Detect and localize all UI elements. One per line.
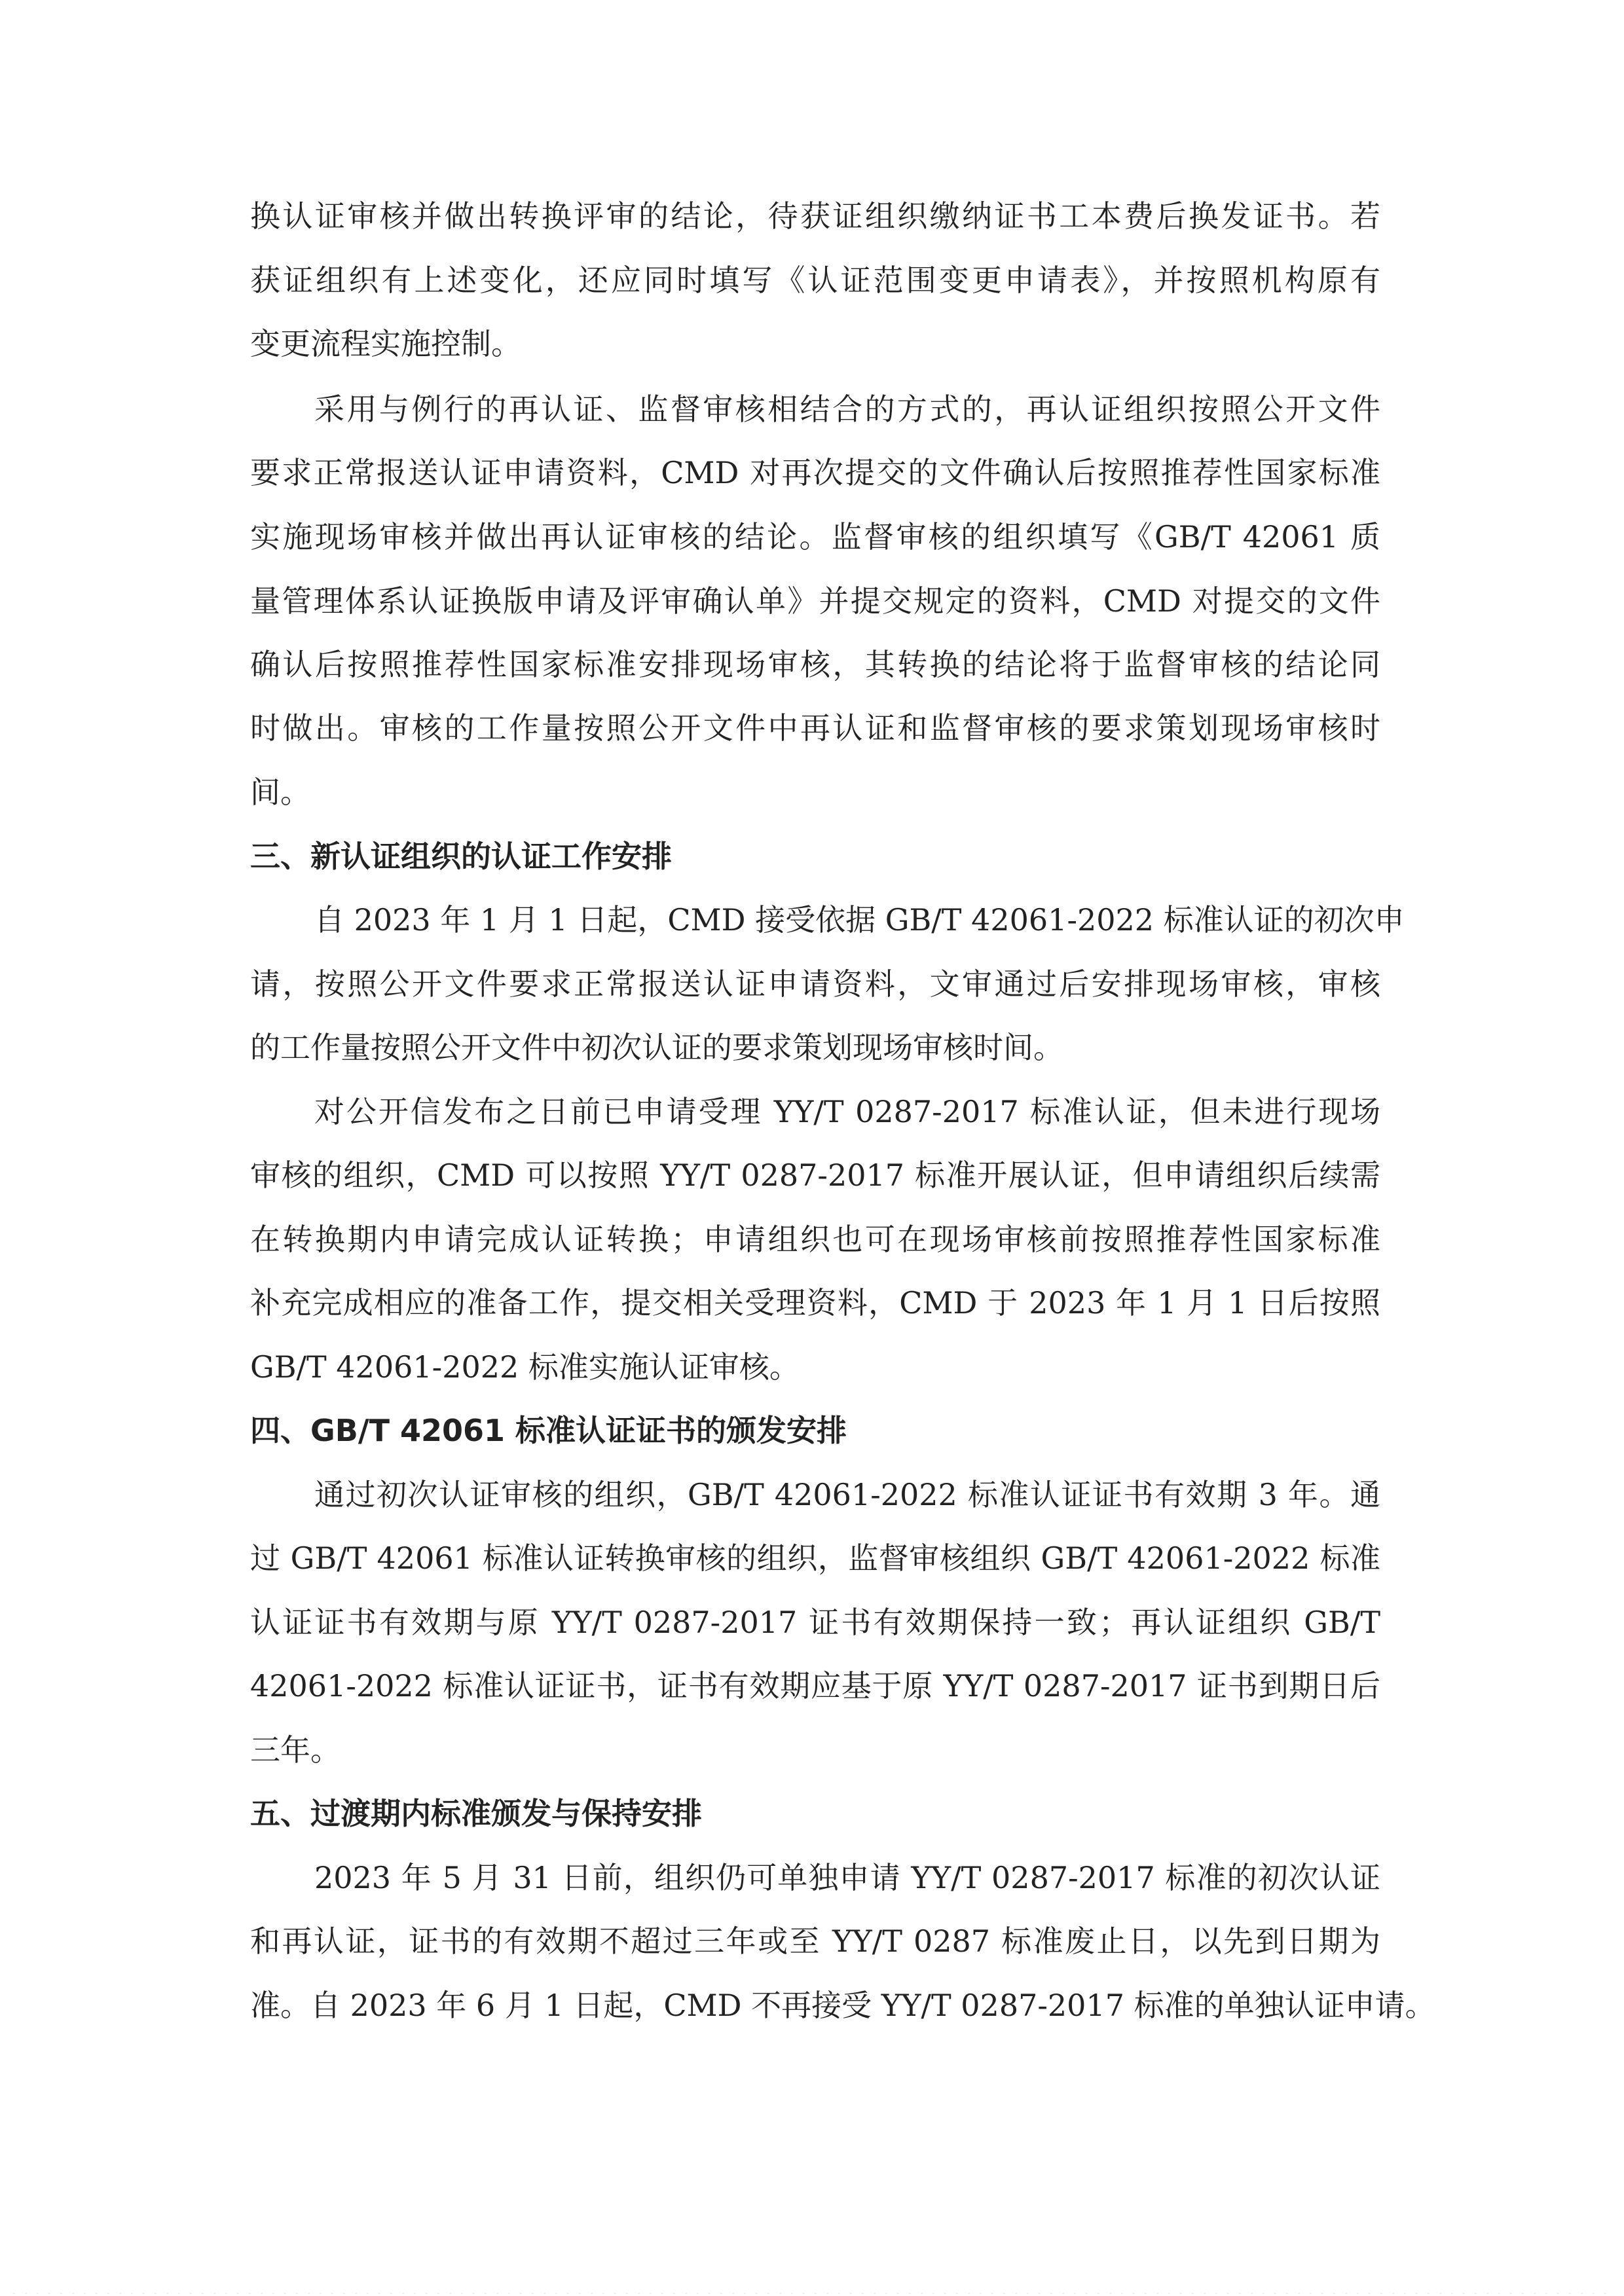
- body-line: 补充完成相应的准备工作，提交相关受理资料，CMD 于 2023 年 1 月 1 …: [250, 1283, 1380, 1322]
- body-line: 审核的组织，CMD 可以按照 YY/T 0287-2017 标准开展认证，但申请…: [250, 1156, 1380, 1195]
- body-line: 过 GB/T 42061 标准认证转换审核的组织，监督审核组织 GB/T 420…: [250, 1539, 1380, 1578]
- body-line: 的工作量按照公开文件中初次认证的要求策划现场审核时间。: [250, 1028, 1380, 1067]
- body-line: 间。: [250, 773, 1380, 812]
- body-line: 换认证审核并做出转换评审的结论，待获证组织缴纳证书工本费后换发证书。若: [250, 196, 1380, 236]
- body-line: 对公开信发布之日前已申请受理 YY/T 0287-2017 标准认证，但未进行现…: [314, 1092, 1380, 1131]
- body-line: 准。自 2023 年 6 月 1 日起，CMD 不再接受 YY/T 0287-2…: [250, 1986, 1380, 2025]
- body-line: 在转换期内申请完成认证转换；申请组织也可在现场审核前按照推荐性国家标准: [250, 1220, 1380, 1259]
- body-line: 三年。: [250, 1730, 1380, 1770]
- body-line: 自 2023 年 1 月 1 日起，CMD 接受依据 GB/T 42061-20…: [314, 900, 1380, 939]
- body-line: GB/T 42061-2022 标准实施认证审核。: [250, 1347, 1380, 1387]
- body-line: 和再认证，证书的有效期不超过三年或至 YY/T 0287 标准废止日，以先到日期…: [250, 1922, 1380, 1961]
- section-heading-4: 四、GB/T 42061 标准认证证书的颁发安排: [250, 1411, 1380, 1450]
- body-line: 实施现场审核并做出再认证审核的结论。监督审核的组织填写《GB/T 42061 质: [250, 517, 1380, 556]
- section-heading-5: 五、过渡期内标准颁发与保持安排: [250, 1794, 1380, 1833]
- scan-edge-artifact: [13, 2293, 1611, 2294]
- body-line: 变更流程实施控制。: [250, 324, 1380, 363]
- body-line: 时做出。审核的工作量按照公开文件中再认证和监督审核的要求策划现场审核时: [250, 708, 1380, 748]
- body-line: 42061-2022 标准认证证书，证书有效期应基于原 YY/T 0287-20…: [250, 1666, 1380, 1705]
- body-line: 请，按照公开文件要求正常报送认证申请资料，文审通过后安排现场审核，审核: [250, 964, 1380, 1004]
- document-page: 换认证审核并做出转换评审的结论，待获证组织缴纳证书工本费后换发证书。若 获证组织…: [0, 0, 1624, 2296]
- body-line: 2023 年 5 月 31 日前，组织仍可单独申请 YY/T 0287-2017…: [314, 1858, 1380, 1897]
- body-line: 确认后按照推荐性国家标准安排现场审核，其转换的结论将于监督审核的结论同: [250, 645, 1380, 684]
- body-line: 量管理体系认证换版申请及评审确认单》并提交规定的资料，CMD 对提交的文件: [250, 581, 1380, 621]
- body-line: 通过初次认证审核的组织，GB/T 42061-2022 标准认证证书有效期 3 …: [314, 1475, 1380, 1514]
- body-line: 获证组织有上述变化，还应同时填写《认证范围变更申请表》，并按照机构原有: [250, 261, 1380, 300]
- body-line: 采用与例行的再认证、监督审核相结合的方式的，再认证组织按照公开文件: [314, 390, 1380, 429]
- body-line: 认证证书有效期与原 YY/T 0287-2017 证书有效期保持一致；再认证组织…: [250, 1603, 1380, 1642]
- body-line: 要求正常报送认证申请资料，CMD 对再次提交的文件确认后按照推荐性国家标准: [250, 453, 1380, 492]
- section-heading-3: 三、新认证组织的认证工作安排: [250, 837, 1380, 876]
